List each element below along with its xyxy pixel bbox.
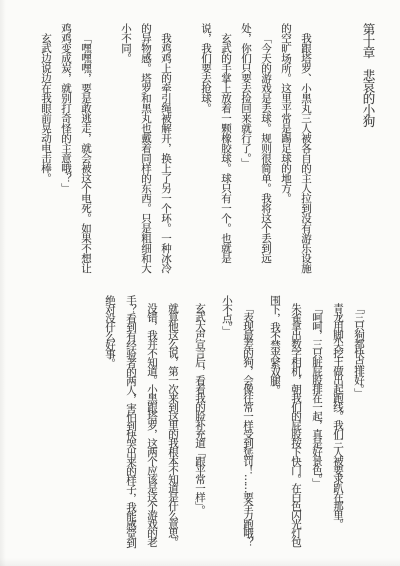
paragraph: 玄武的手掌上放着一颗橡胶球。球只有一个。也就是说，我们要去抢球。 [196,23,236,275]
paragraph: 「今天的游戏是丢球。规则很简单。我将这个丢到远处，你们只要去捡回来就行了。」 [236,23,276,275]
chapter-title: 第十章 悲哀的小狗 [358,23,378,275]
paragraph: 「三只狗都快点排好。」 [348,295,369,549]
paragraph: 「呵呵，三只脏屁股排在一起，真是好景色。」 [306,295,327,549]
paragraph: 「表现最差的狗，会像往常一样受到惩罚！……要全力跑哦？小不点。」 [216,295,258,549]
text-band-top: 第十章 悲哀的小狗 我跟塔罗、小黑丸三人被各自的主人拉到没有游乐设施的空旷场所。… [16,23,378,275]
paragraph: 玄武大声宣言后，看着我的脸补充道「跟平常一样」。 [189,295,210,549]
paragraph: 朱雀拿出数字相机，朝我们的屁股按下快门。在白色闪光灯包围下，我不禁夹紧双腿。 [264,295,306,549]
book-page: 第十章 悲哀的小狗 我跟塔罗、小黑丸三人被各自的主人拉到没有游乐设施的空旷场所。… [0,0,400,566]
paragraph: 没错，我并不知道。小黑跟塔罗，这两个应该是这个游戏的老手？看到有经验者的两人，害… [99,295,162,549]
paragraph: 青龙用脚尖挖土做出起跑线。我们三人被要求趴在那里。 [327,295,348,549]
text-band-bottom: 「三只狗都快点排好。」 青龙用脚尖挖土做出起跑线。我们三人被要求趴在那里。 「呵… [16,295,369,549]
paragraph: 就算他这么说，第一次来到这里的我根本不知道是什么意思。 [162,295,183,549]
paragraph: 我跟塔罗、小黑丸三人被各自的主人拉到没有游乐设施的空旷场所。这里平常是踢足球的地… [276,23,316,275]
paragraph: 我鸡鸡上的牵引绳被解开，换上了另一个环。一种冰冷的异物感。塔罗和黑丸也戴着同样的… [116,23,176,275]
paragraph: 「嘿嘿嘿，要是敢逃走，就会被这个电死。如果不想让鸡鸡变成炭，就别打奇怪的主意哦？… [56,23,96,275]
paragraph: 玄武边说边在我眼前晃动电击棒。 [36,23,56,275]
